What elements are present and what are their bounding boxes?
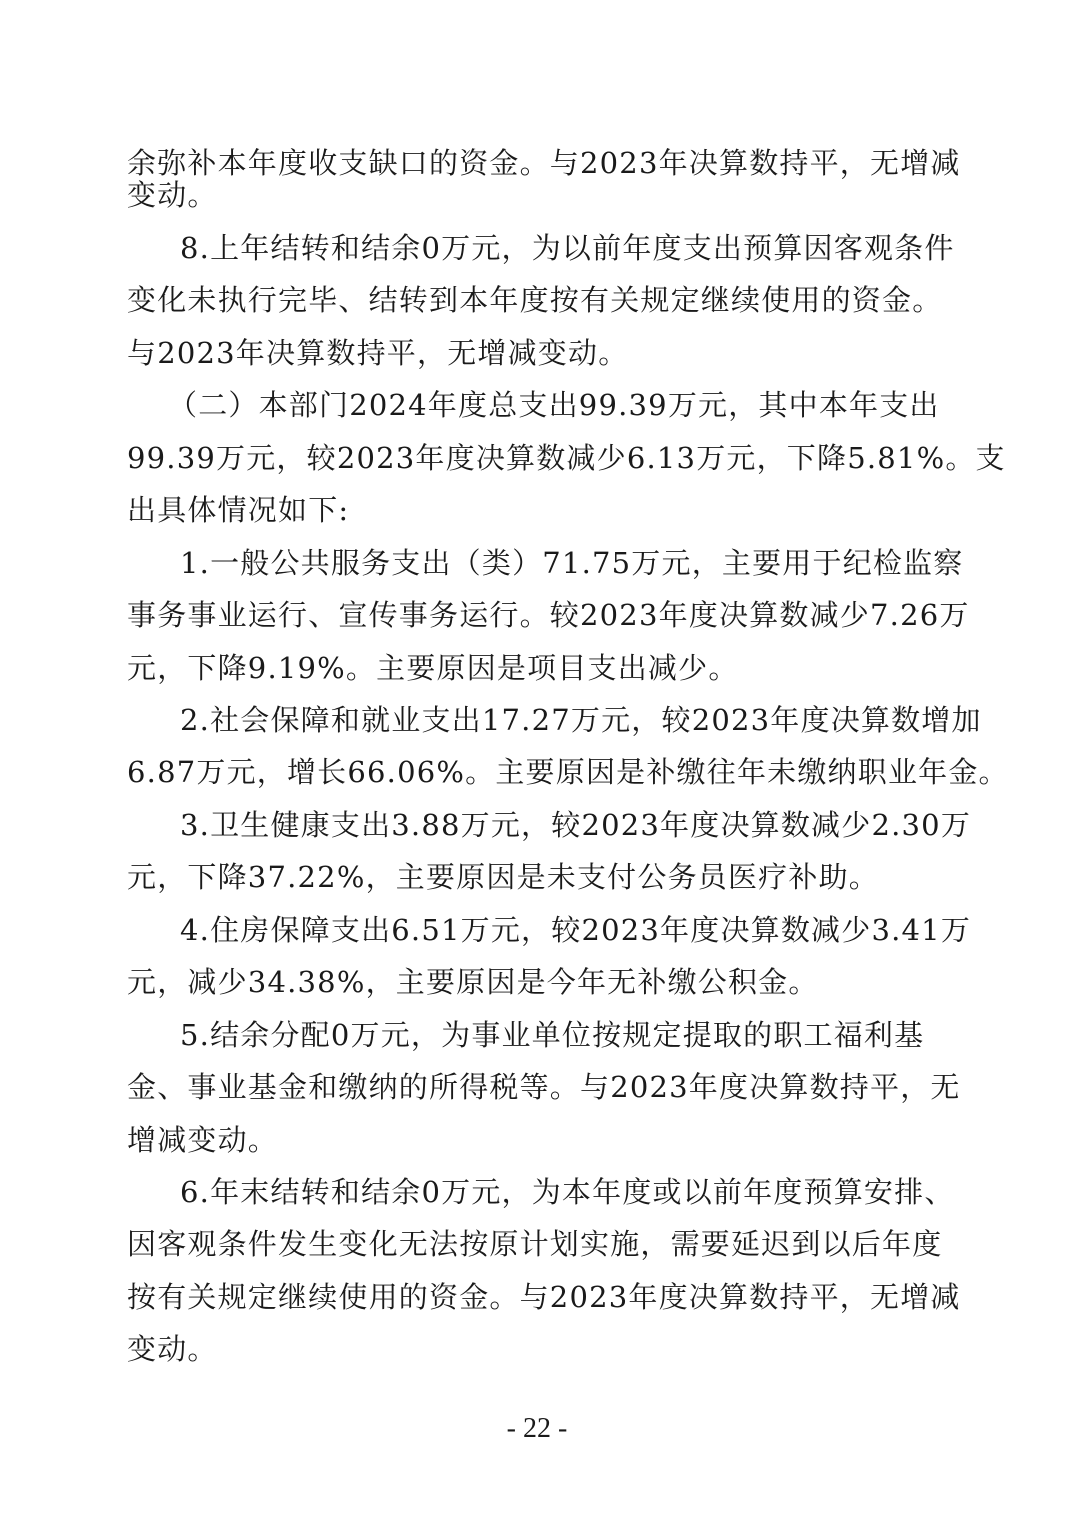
page-number: - 22 - (0, 1412, 1074, 1446)
text-line: 出具体情况如下: (127, 490, 907, 530)
text-line: 增减变动。 (127, 1120, 907, 1160)
text-line: 金、事业基金和缴纳的所得税等。与2023年度决算数持平，无 (127, 1067, 907, 1107)
text-line: 变动。 (127, 1329, 907, 1369)
text-line: 2.社会保障和就业支出17.27万元，较2023年度决算数增加 (180, 700, 907, 740)
text-line: 8.上年结转和结余0万元，为以前年度支出预算因客观条件 (180, 228, 907, 268)
text-line: 元，下降37.22%，主要原因是未支付公务员医疗补助。 (127, 857, 907, 897)
text-line: 99.39万元，较2023年度决算数减少6.13万元，下降5.81%。支 (127, 438, 907, 478)
text-line: 元，减少34.38%，主要原因是今年无补缴公积金。 (127, 962, 907, 1002)
text-line: 按有关规定继续使用的资金。与2023年度决算数持平，无增减 (127, 1277, 907, 1317)
text-line: 与2023年决算数持平，无增减变动。 (127, 333, 907, 373)
text-line: 3.卫生健康支出3.88万元，较2023年度决算数减少2.30万 (180, 805, 907, 845)
text-line: 4.住房保障支出6.51万元，较2023年度决算数减少3.41万 (180, 910, 907, 950)
text-line: 1.一般公共服务支出（类）71.75万元，主要用于纪检监察 (180, 543, 907, 583)
text-line: 变动。 (127, 175, 907, 215)
document-page: 余弥补本年度收支缺口的资金。与2023年决算数持平，无增减 变动。 8.上年结转… (0, 0, 1074, 1520)
section-heading-line: （二）本部门2024年度总支出99.39万元，其中本年支出 (168, 385, 888, 425)
text-line: 因客观条件发生变化无法按原计划实施，需要延迟到以后年度 (127, 1224, 907, 1264)
text-line: 6.87万元，增长66.06%。主要原因是补缴往年未缴纳职业年金。 (127, 752, 907, 792)
text-line: 事务事业运行、宣传事务运行。较2023年度决算数减少7.26万 (127, 595, 907, 635)
text-line: 变化未执行完毕、结转到本年度按有关规定继续使用的资金。 (127, 280, 907, 320)
text-line: 元，下降9.19%。主要原因是项目支出减少。 (127, 648, 907, 688)
text-line: 5.结余分配0万元，为事业单位按规定提取的职工福利基 (180, 1015, 907, 1055)
text-line: 6.年末结转和结余0万元，为本年度或以前年度预算安排、 (180, 1172, 907, 1212)
